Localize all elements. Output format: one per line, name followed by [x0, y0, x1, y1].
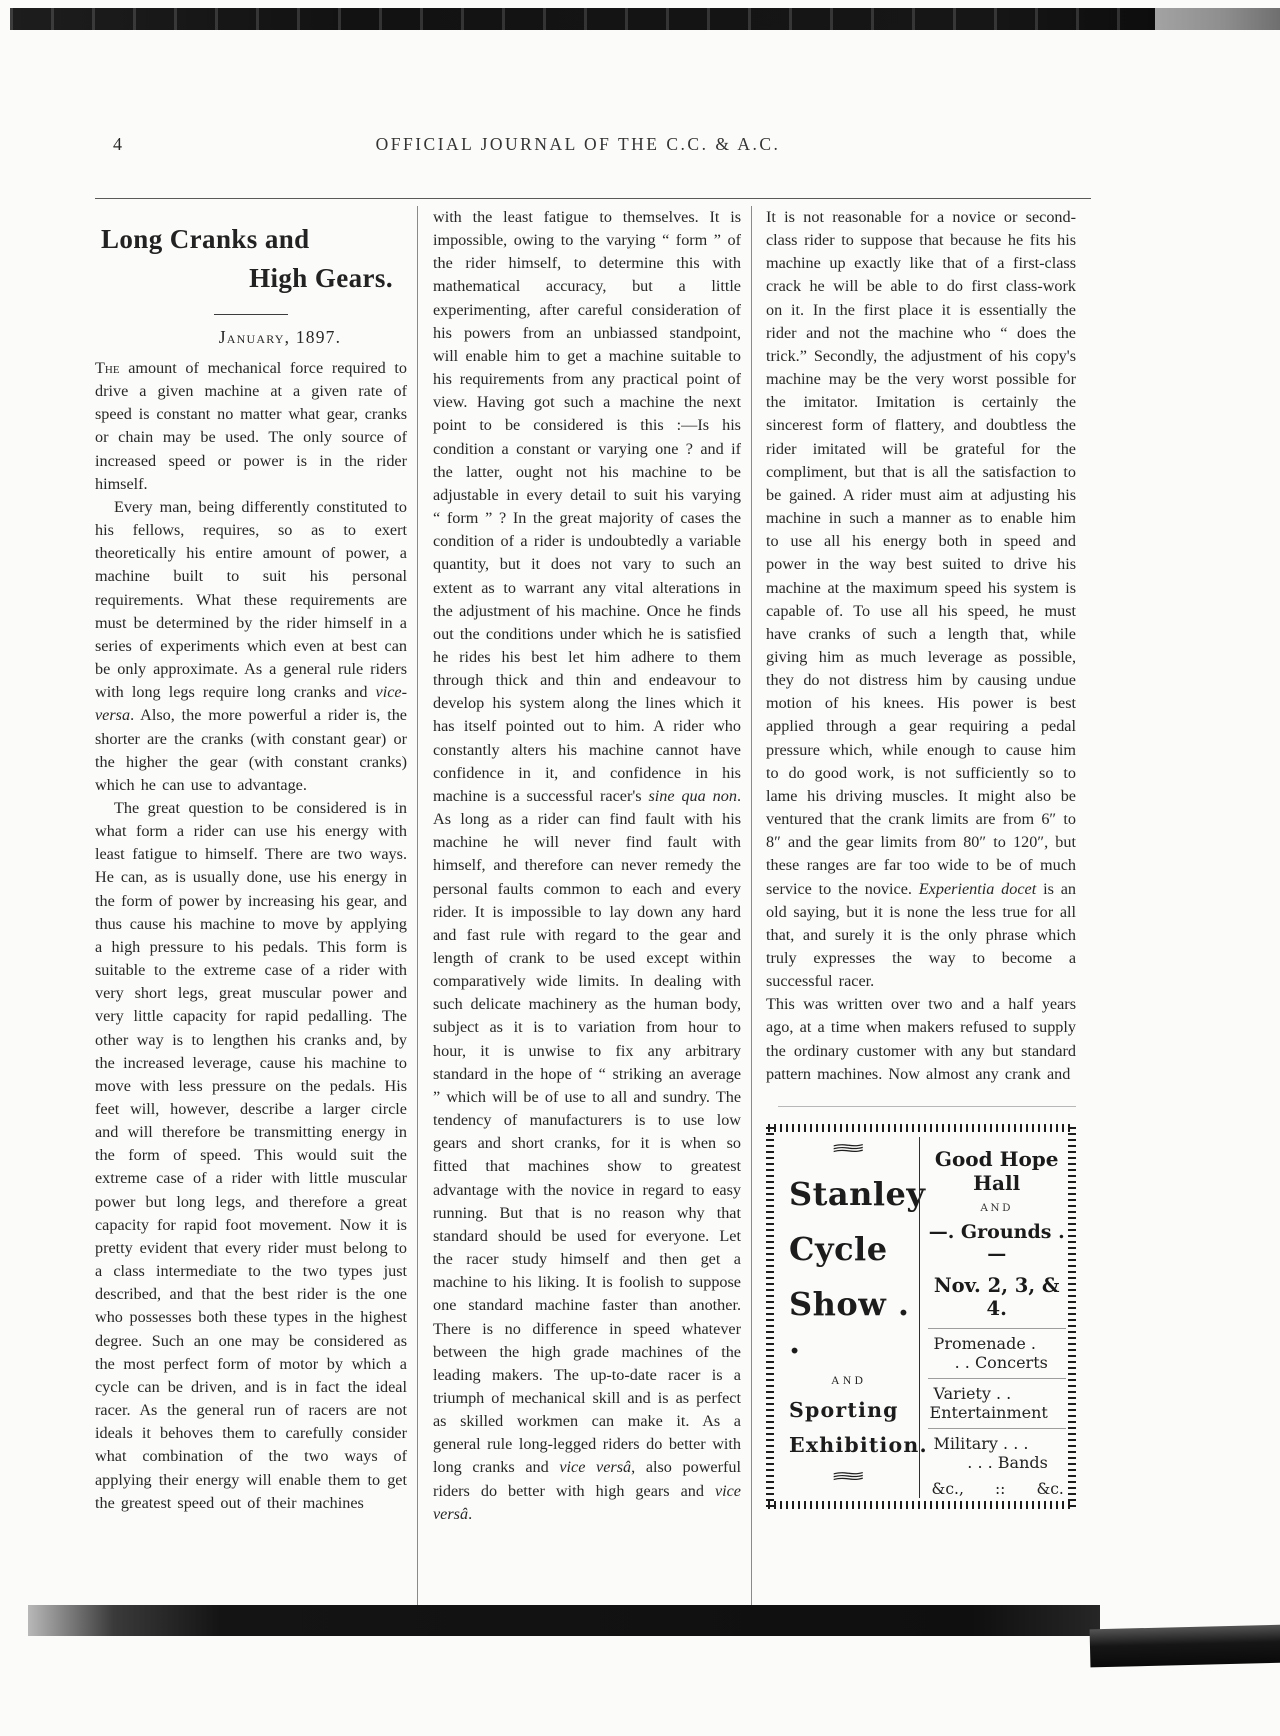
ad-feature-line: Variety . . — [930, 1384, 1064, 1403]
ad-border-bottom — [768, 1501, 1074, 1509]
journal-title: OFFICIAL JOURNAL OF THE C.C. & A.C. — [95, 134, 1061, 155]
scan-artifact-top-bar — [10, 8, 1155, 30]
ad-feature-line: . . . Bands — [930, 1453, 1064, 1472]
ad-venue-and-label: AND — [928, 1202, 1066, 1214]
ad-headline-line: Show . . — [783, 1285, 915, 1361]
article-columns: Long Cranks and High Gears. January, 189… — [95, 206, 1091, 1626]
article-title-line2: High Gears. — [95, 263, 407, 294]
column-2: with the least fatigue to themselves. It… — [417, 206, 751, 1626]
masthead-rule — [95, 198, 1091, 199]
ad-feature-line: Entertainment — [930, 1403, 1064, 1422]
ad-border-left — [766, 1126, 774, 1507]
paragraph: This was written over two and a half yea… — [766, 993, 1076, 1086]
scan-artifact-bottom-bar — [28, 1605, 1100, 1636]
ad-feature-line: Promenade . — [930, 1334, 1064, 1353]
ad-right-panel: Good Hope Hall AND —. Grounds .— Nov. 2,… — [919, 1137, 1068, 1498]
ad-etc-line: &c., :: &c. — [928, 1478, 1066, 1498]
paragraph: The amount of mechanical force required … — [95, 357, 407, 496]
paragraph: The great question to be considered is i… — [95, 797, 407, 1515]
ad-feature-variety-entertainment: Variety . . Entertainment — [928, 1378, 1066, 1428]
ad-headline-line: Cycle — [783, 1230, 915, 1268]
article-end-rule — [778, 1106, 1076, 1107]
paragraph: Every man, being differently constituted… — [95, 496, 407, 797]
flourish-ornament-icon: ≋ — [829, 1139, 868, 1158]
ad-event-dates: Nov. 2, 3, & 4. — [928, 1274, 1066, 1320]
journal-page: 4 OFFICIAL JOURNAL OF THE C.C. & A.C. Lo… — [95, 130, 1091, 1626]
paragraph: with the least fatigue to themselves. It… — [433, 206, 741, 1526]
article-title-line1: Long Cranks and — [95, 224, 407, 255]
flourish-ornament-icon: ≋ — [829, 1467, 868, 1486]
title-rule — [214, 314, 288, 315]
ad-etc-text: :: — [995, 1480, 1005, 1498]
ad-venue-grounds: —. Grounds .— — [928, 1221, 1066, 1265]
scan-artifact-bottom-right-bar — [1090, 1625, 1280, 1668]
ad-etc-text: &c., — [932, 1480, 964, 1498]
article-date: January, 1897. — [153, 327, 407, 348]
ad-left-panel: ≋ Stanley Cycle Show . . AND Sporting Ex… — [779, 1137, 919, 1498]
column-1: Long Cranks and High Gears. January, 189… — [95, 206, 417, 1626]
ad-etc-text: &c. — [1036, 1480, 1063, 1498]
ad-feature-military-bands: Military . . . . . . Bands — [928, 1428, 1066, 1478]
ad-subtitle-line: Exhibition. — [783, 1433, 915, 1457]
scan-artifact-top-bar-right — [1155, 8, 1280, 30]
ad-and-label: AND — [783, 1375, 915, 1387]
column-3: It is not reasonable for a novice or sec… — [751, 206, 1076, 1626]
ad-border-top — [768, 1124, 1074, 1132]
ad-border-right — [1068, 1126, 1076, 1507]
ad-headline-line: Stanley — [783, 1175, 915, 1213]
ad-subtitle-line: Sporting — [783, 1398, 915, 1422]
ad-feature-line: Military . . . — [930, 1434, 1064, 1453]
stanley-cycle-show-advertisement: ≋ Stanley Cycle Show . . AND Sporting Ex… — [766, 1124, 1076, 1509]
paragraph: It is not reasonable for a novice or sec… — [766, 206, 1076, 993]
ad-feature-line: . . Concerts — [930, 1353, 1064, 1372]
masthead: 4 OFFICIAL JOURNAL OF THE C.C. & A.C. — [95, 130, 1091, 162]
ad-venue-name: Good Hope Hall — [928, 1147, 1066, 1195]
ad-feature-promenade-concerts: Promenade . . . Concerts — [928, 1328, 1066, 1378]
ad-inner: ≋ Stanley Cycle Show . . AND Sporting Ex… — [779, 1137, 1065, 1498]
